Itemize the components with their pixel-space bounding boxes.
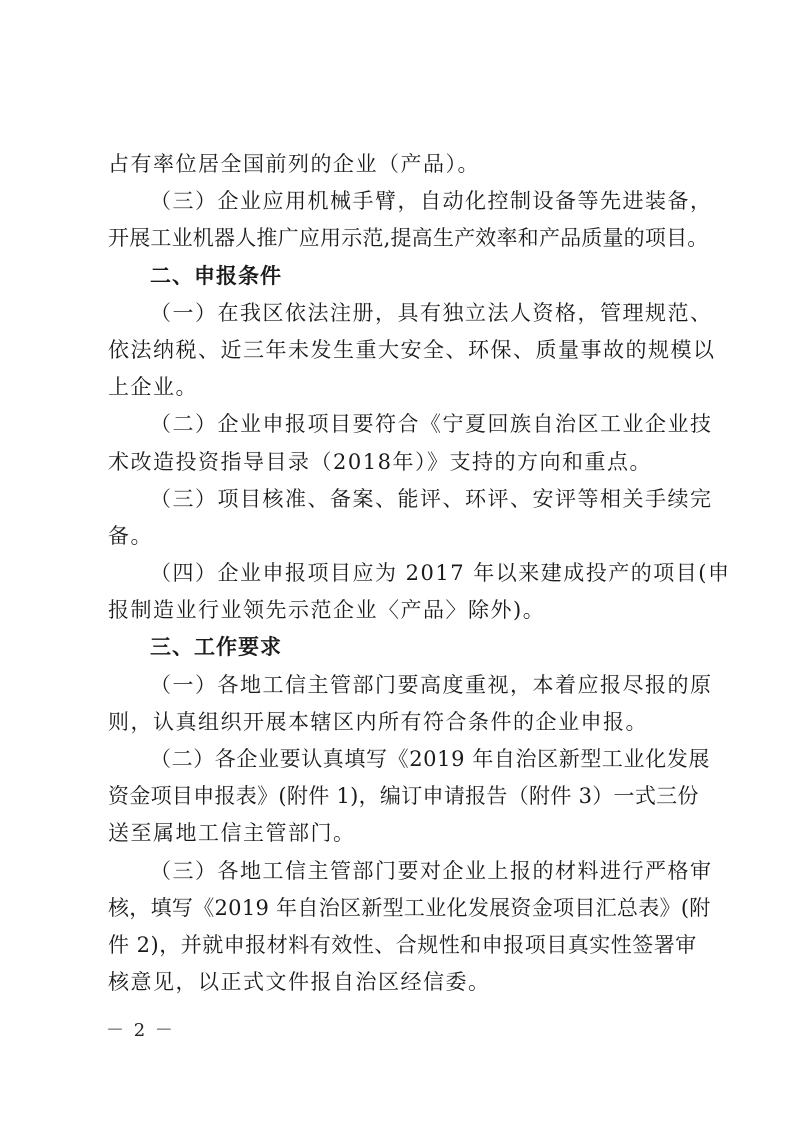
text-line: 送至属地工信主管部门。 (108, 815, 692, 852)
text-line: 核意见，以正式文件报自治区经信委。 (108, 964, 692, 1001)
text-line: 件 2)，并就申报材料有效性、合规性和申报项目真实性签署审 (108, 927, 692, 964)
paragraph-start-line: （二）各企业要认真填写《2019 年自治区新型工业化发展 (108, 741, 692, 778)
text-line: 核，填写《2019 年自治区新型工业化发展资金项目汇总表》(附 (108, 890, 692, 927)
text-line: 依法纳税、近三年未发生重大安全、环保、质量事故的规模以 (108, 332, 692, 369)
paragraph-start-line: （三）各地工信主管部门要对企业上报的材料进行严格审 (108, 853, 692, 890)
document-body: 占有率位居全国前列的企业（产品）。 （三）企业应用机械手臂，自动化控制设备等先进… (108, 146, 692, 1001)
text-line: 报制造业行业领先示范企业〈产品〉除外)。 (108, 592, 692, 629)
text-line: 占有率位居全国前列的企业（产品）。 (108, 146, 692, 183)
paragraph-start-line: （一）在我区依法注册，具有独立法人资格，管理规范、 (108, 295, 692, 332)
page-number: － 2 － (106, 1016, 175, 1042)
paragraph-start-line: （三）企业应用机械手臂，自动化控制设备等先进装备， (108, 183, 692, 220)
text-line: 备。 (108, 518, 692, 555)
text-line: 上企业。 (108, 369, 692, 406)
text-line: 开展工业机器人推广应用示范,提高生产效率和产品质量的项目。 (108, 220, 692, 257)
paragraph-start-line: （四）企业申报项目应为 2017 年以来建成投产的项目(申 (108, 555, 692, 592)
text-line: 术改造投资指导目录（2018年）》支持的方向和重点。 (108, 444, 692, 481)
paragraph-start-line: （一）各地工信主管部门要高度重视，本着应报尽报的原 (108, 667, 692, 704)
section-heading-3: 三、工作要求 (108, 629, 692, 666)
text-line: 资金项目申报表》(附件 1)，编订申请报告（附件 3）一式三份 (108, 778, 692, 815)
section-heading-2: 二、申报条件 (108, 258, 692, 295)
paragraph-start-line: （三）项目核准、备案、能评、环评、安评等相关手续完 (108, 481, 692, 518)
paragraph-start-line: （二）企业申报项目要符合《宁夏回族自治区工业企业技 (108, 406, 692, 443)
text-line: 则，认真组织开展本辖区内所有符合条件的企业申报。 (108, 704, 692, 741)
